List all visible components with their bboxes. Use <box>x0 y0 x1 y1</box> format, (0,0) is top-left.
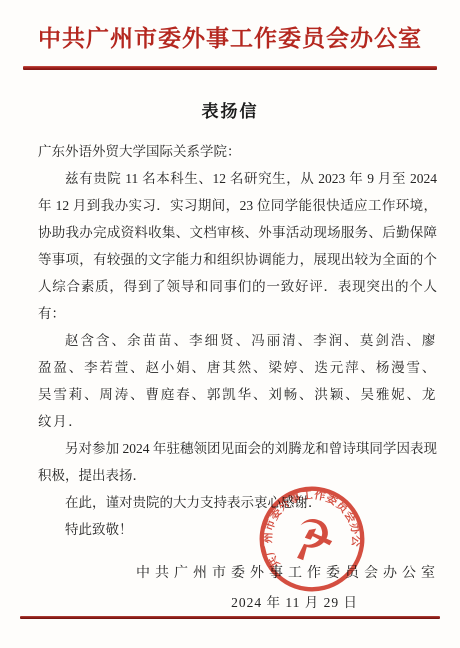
paragraph-internship-summary: 兹有贵院 11 名本科生、12 名研究生，从 2023 年 9 月至 2024 … <box>38 165 437 327</box>
footer-divider <box>20 616 440 619</box>
letter-body: 广东外语外贸大学国际关系学院： 兹有贵院 11 名本科生、12 名研究生，从 2… <box>0 138 460 543</box>
paragraph-salute: 特此致敬！ <box>38 516 437 543</box>
letterhead-divider <box>23 66 437 70</box>
letterhead-org-name: 中共广州市委外事工作委员会办公室 <box>0 20 460 53</box>
document-title: 表扬信 <box>0 97 460 122</box>
signature-org-name: 中共广州市委外事工作委员会办公室 <box>0 562 440 582</box>
paragraph-commended-names: 赵含含、余苗苗、李细贤、冯丽清、李润、莫剑浩、廖盈盈、李若萱、赵小娟、唐其然、梁… <box>38 327 437 435</box>
salutation-line: 广东外语外贸大学国际关系学院： <box>38 138 437 165</box>
paragraph-additional-commendation: 另对参加 2024 年驻穗领团见面会的刘腾龙和曾诗琪同学因表现积极，提出表扬． <box>38 435 437 489</box>
signature-date: 2024 年 11 月 29 日 <box>0 591 440 611</box>
paragraph-thanks: 在此，谨对贵院的大力支持表示衷心感谢． <box>38 489 437 516</box>
closing-block: 中共广州市委外事工作委员会办公室 2024 年 11 月 29 日 <box>0 562 460 611</box>
commendation-letter-page: 中共广州市委外事工作委员会办公室 表扬信 广东外语外贸大学国际关系学院： 兹有贵… <box>0 0 460 648</box>
